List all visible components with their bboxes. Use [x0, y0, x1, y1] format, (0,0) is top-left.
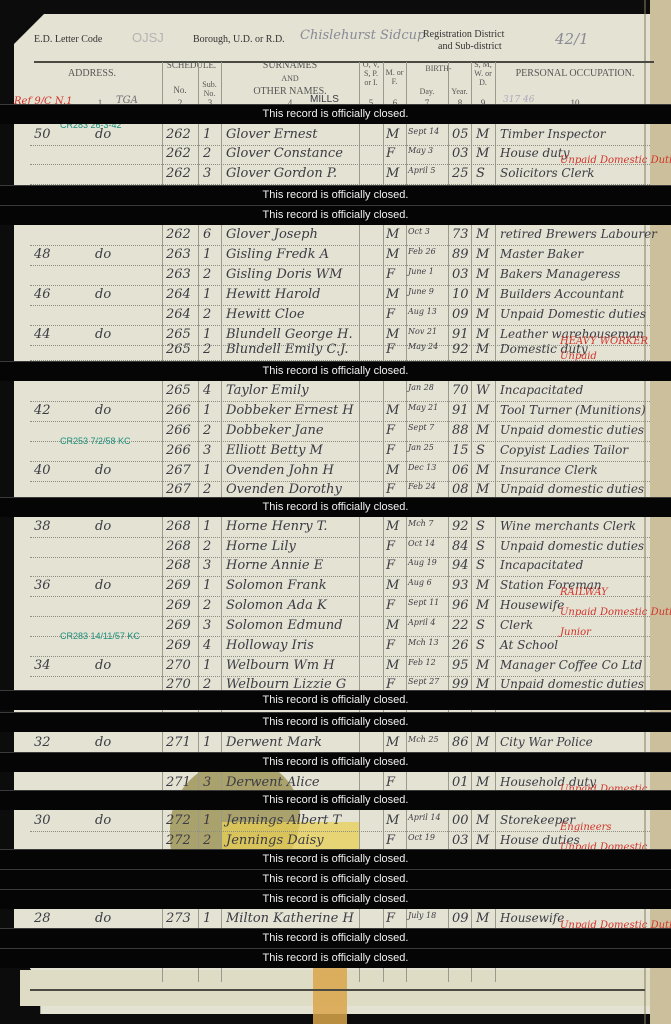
table-row: 2626Glover JosephMOct 373Mretired Brewer… — [0, 226, 671, 246]
col-ovspi: O, V, S, P. or I. — [360, 60, 382, 88]
row-name: Dobbeker Ernest H — [226, 403, 354, 418]
row-marital: M — [476, 227, 489, 242]
row-address: 44 — [34, 327, 51, 342]
row-birth-year: 01 — [452, 775, 469, 790]
row-address: 48 — [34, 247, 51, 262]
col-address: ADDRESS. — [22, 68, 162, 80]
row-birth-day: April 4 — [408, 618, 435, 627]
ed-letter-code-value: OJSJ — [132, 30, 164, 45]
row-occupation: Clerk — [500, 618, 533, 632]
row-schedule: 267 — [166, 482, 191, 497]
row-birth-day: Mch 13 — [408, 638, 439, 647]
row-sub: 1 — [203, 813, 211, 828]
row-marital: S — [476, 539, 485, 554]
row-occupation: Wine merchants Clerk — [500, 519, 636, 533]
row-sex: M — [386, 127, 399, 142]
row-closure-note: CR283 14/11/57 KC — [60, 631, 140, 641]
registration-label-1: Registration District — [423, 29, 504, 40]
row-name: Taylor Emily — [226, 383, 309, 398]
row-marital: M — [476, 813, 489, 828]
row-occupation: Copyist Ladies Tailor — [500, 443, 628, 457]
closed-record-bar: This record is officially closed. — [0, 104, 671, 124]
row-birth-day: May 21 — [408, 403, 438, 412]
row-sex: M — [386, 287, 399, 302]
row-birth-year: 92 — [452, 342, 469, 357]
row-birth-year: 22 — [452, 618, 469, 633]
row-address: 28 — [34, 911, 51, 926]
table-row: 38do2681Horne Henry T.MMch 792SWine merc… — [0, 518, 671, 538]
row-birth-year: 89 — [452, 247, 469, 262]
row-schedule: 264 — [166, 307, 191, 322]
row-name: Derwent Mark — [226, 735, 322, 750]
closed-record-bar: This record is officially closed. — [0, 790, 671, 810]
row-birth-year: 03 — [452, 146, 469, 161]
row-sub: 1 — [203, 735, 211, 750]
row-marital: S — [476, 166, 485, 181]
row-sub: 4 — [203, 638, 211, 653]
row-name: Horne Annie E — [226, 558, 323, 573]
row-birth-year: 26 — [452, 638, 469, 653]
row-occupation: Housewife — [500, 598, 564, 612]
row-marital: S — [476, 443, 485, 458]
table-row: 2682Horne LilyFOct 1484SUnpaid domestic … — [0, 538, 671, 558]
row-ditto: do — [95, 463, 111, 478]
row-occupation: Unpaid Domestic duties — [500, 307, 646, 321]
table-row: 36do2691Solomon FrankMAug 693MStation Fo… — [0, 577, 671, 597]
row-birth-day: Mch 7 — [408, 519, 433, 528]
row-sub: 1 — [203, 403, 211, 418]
table-row: 48do2631Gisling Fredk AMFeb 2689MMaster … — [0, 246, 671, 266]
row-birth-day: Aug 19 — [408, 558, 437, 567]
row-occupation: Timber Inspector — [500, 127, 605, 141]
row-name: Elliott Betty M — [226, 443, 323, 458]
row-name: Gisling Doris WM — [226, 267, 342, 282]
row-sub: 2 — [203, 482, 211, 497]
row-sub: 1 — [203, 911, 211, 926]
row-occupation: Unpaid domestic duties — [500, 423, 644, 437]
row-birth-year: 10 — [452, 287, 469, 302]
row-birth-year: 93 — [452, 578, 469, 593]
row-name: Derwent Alice — [226, 775, 320, 790]
row-schedule: 269 — [166, 638, 191, 653]
row-ditto: do — [95, 735, 111, 750]
row-occupation: City War Police — [500, 735, 593, 749]
row-sub: 3 — [203, 443, 211, 458]
row-birth-day: Mch 25 — [408, 735, 439, 744]
col-marital: S, M, W. or D. — [472, 60, 494, 88]
col-birth: BIRTH- — [406, 64, 471, 73]
row-marital: M — [476, 463, 489, 478]
row-sex: F — [386, 482, 395, 497]
row-name: Gisling Fredk A — [226, 247, 329, 262]
table-row: 2632Gisling Doris WMFJune 103MBakers Man… — [0, 266, 671, 286]
table-row: 2694Holloway IrisFMch 1326SAt SchoolCR28… — [0, 637, 671, 657]
row-schedule: 264 — [166, 287, 191, 302]
row-schedule: 263 — [166, 267, 191, 282]
row-birth-day: Nov 21 — [408, 327, 437, 336]
row-birth-day: May 3 — [408, 146, 433, 155]
row-marital: M — [476, 578, 489, 593]
row-birth-year: 95 — [452, 658, 469, 673]
row-sex: F — [386, 833, 395, 848]
row-address: 40 — [34, 463, 51, 478]
row-sex: M — [386, 327, 399, 342]
row-birth-day: Oct 3 — [408, 227, 430, 236]
row-schedule: 272 — [166, 813, 191, 828]
row-sex: M — [386, 247, 399, 262]
row-marital: M — [476, 833, 489, 848]
row-birth-year: 06 — [452, 463, 469, 478]
row-occupation: Unpaid domestic duties — [500, 539, 644, 553]
row-birth-day: Jan 28 — [408, 383, 434, 392]
row-sub: 1 — [203, 519, 211, 534]
row-sub: 1 — [203, 127, 211, 142]
row-sex: F — [386, 423, 395, 438]
row-sex: M — [386, 618, 399, 633]
row-sub: 1 — [203, 463, 211, 478]
row-marital: M — [476, 307, 489, 322]
row-marital: S — [476, 638, 485, 653]
row-birth-day: Oct 19 — [408, 833, 435, 842]
col-schedule-sub: Sub. No. — [198, 80, 221, 98]
row-sub: 2 — [203, 307, 211, 322]
row-schedule: 272 — [166, 833, 191, 848]
row-address: 42 — [34, 403, 51, 418]
row-occupation: At School — [500, 638, 558, 652]
closed-record-bar: This record is officially closed. — [0, 928, 671, 948]
table-row: 2683Horne Annie EFAug 1994SIncapacitated — [0, 557, 671, 577]
col-birth-day: Day. — [406, 87, 448, 96]
row-birth-day: Aug 13 — [408, 307, 437, 316]
row-sub: 3 — [203, 618, 211, 633]
row-schedule: 266 — [166, 423, 191, 438]
row-sex: M — [386, 463, 399, 478]
closed-record-bar: This record is officially closed. — [0, 849, 671, 869]
table-row: 30do2721Jennings Albert TMApril 1400MSto… — [0, 812, 671, 832]
row-sex: M — [386, 813, 399, 828]
row-schedule: 266 — [166, 403, 191, 418]
row-birth-day: Oct 14 — [408, 539, 435, 548]
table-row: 42do2661Dobbeker Ernest HMMay 2191MTool … — [0, 402, 671, 422]
row-occupation: Incapacitated — [500, 558, 583, 572]
row-occupation: Bakers Manageress — [500, 267, 620, 281]
row-name: Glover Joseph — [226, 227, 318, 242]
row-name: Ovenden Dorothy — [226, 482, 342, 497]
row-address: 30 — [34, 813, 51, 828]
row-schedule: 265 — [166, 327, 191, 342]
row-sex: M — [386, 735, 399, 750]
row-birth-day: Aug 6 — [408, 578, 432, 587]
row-occupation: Builders Accountant — [500, 287, 624, 301]
row-sub: 2 — [203, 598, 211, 613]
row-name: Glover Constance — [226, 146, 343, 161]
row-name: Milton Katherine H — [226, 911, 354, 926]
row-occupation: Unpaid domestic duties — [500, 677, 644, 691]
row-name: Ovenden John H — [226, 463, 334, 478]
row-schedule: 262 — [166, 227, 191, 242]
row-name: Jennings Daisy — [226, 833, 324, 848]
table-row: 32do2711Derwent MarkMMch 2586MCity War P… — [0, 734, 671, 754]
row-birth-day: Feb 26 — [408, 247, 436, 256]
row-sub: 2 — [203, 146, 211, 161]
row-schedule: 271 — [166, 735, 191, 750]
row-marital: M — [476, 911, 489, 926]
row-birth-year: 94 — [452, 558, 469, 573]
row-address: 34 — [34, 658, 51, 673]
registration-label-2: and Sub-district — [438, 41, 502, 52]
row-sex: F — [386, 638, 395, 653]
row-marital: M — [476, 127, 489, 142]
closed-record-bar: This record is officially closed. — [0, 497, 671, 517]
col-occupation: PERSONAL OCCUPATION. — [495, 68, 655, 80]
row-name: Jennings Albert T — [226, 813, 341, 828]
row-marital: M — [476, 247, 489, 262]
closed-record-bar: This record is officially closed. — [0, 205, 671, 225]
row-schedule: 262 — [166, 127, 191, 142]
row-marital: M — [476, 146, 489, 161]
row-occupation: retired Brewers Labourer — [500, 227, 657, 241]
row-name: Solomon Ada K — [226, 598, 327, 613]
row-ditto: do — [95, 403, 111, 418]
row-sex: F — [386, 443, 395, 458]
row-occupation: Solicitors Clerk — [500, 166, 595, 180]
row-birth-year: 08 — [452, 482, 469, 497]
repair-tape — [313, 968, 347, 1024]
borough-label: Borough, U.D. or R.D. — [193, 34, 285, 45]
row-occupation: Incapacitated — [500, 383, 583, 397]
row-name: Glover Gordon P. — [226, 166, 337, 181]
row-birth-day: Sept 11 — [408, 598, 439, 607]
row-marital: M — [476, 482, 489, 497]
row-birth-day: April 14 — [408, 813, 441, 822]
row-schedule: 269 — [166, 598, 191, 613]
row-marital: M — [476, 342, 489, 357]
row-marital: M — [476, 327, 489, 342]
row-ditto: do — [95, 658, 111, 673]
row-birth-year: 03 — [452, 833, 469, 848]
row-birth-year: 03 — [452, 267, 469, 282]
row-schedule: 262 — [166, 146, 191, 161]
row-sub: 1 — [203, 578, 211, 593]
row-birth-day: June 9 — [408, 287, 434, 296]
row-name: Blundell George H. — [226, 327, 353, 342]
table-row: 34do2701Welbourn Wm HMFeb 1295MManager C… — [0, 657, 671, 677]
row-occupation: Manager Coffee Co Ltd — [500, 658, 642, 672]
row-sex: F — [386, 267, 395, 282]
row-marital: W — [476, 383, 489, 398]
row-occupation: Housewife — [500, 911, 564, 925]
row-sub: 2 — [203, 267, 211, 282]
row-ditto: do — [95, 578, 111, 593]
row-birth-day: Feb 24 — [408, 482, 436, 491]
row-birth-day: May 24 — [408, 342, 438, 351]
row-birth-year: 86 — [452, 735, 469, 750]
row-sub: 1 — [203, 287, 211, 302]
row-marital: S — [476, 618, 485, 633]
row-address: 46 — [34, 287, 51, 302]
row-birth-day: June 1 — [408, 267, 434, 276]
table-row: 50do2621Glover ErnestMSept 1405MTimber I… — [0, 126, 671, 146]
row-schedule: 268 — [166, 558, 191, 573]
row-address: 38 — [34, 519, 51, 534]
row-sub: 2 — [203, 539, 211, 554]
ed-letter-code-label: E.D. Letter Code — [34, 34, 102, 45]
closed-record-bar: This record is officially closed. — [0, 690, 671, 710]
row-name: Solomon Frank — [226, 578, 327, 593]
table-row: 40do2671Ovenden John HMDec 1306MInsuranc… — [0, 462, 671, 482]
row-birth-year: 25 — [452, 166, 469, 181]
row-birth-year: 88 — [452, 423, 469, 438]
row-sex: M — [386, 519, 399, 534]
row-sub: 2 — [203, 833, 211, 848]
row-sex: F — [386, 342, 395, 357]
row-sub: 6 — [203, 227, 211, 242]
row-schedule: 270 — [166, 658, 191, 673]
row-name: Glover Ernest — [226, 127, 317, 142]
col-birth-year: Year. — [448, 87, 471, 96]
row-marital: S — [476, 519, 485, 534]
row-marital: M — [476, 267, 489, 282]
table-row: 2654Taylor EmilyJan 2870WIncapacitated — [0, 382, 671, 402]
row-name: Welbourn Wm H — [226, 658, 335, 673]
col-schedule-no: No. — [162, 85, 198, 95]
row-sex: M — [386, 166, 399, 181]
closed-record-bar: This record is officially closed. — [0, 185, 671, 205]
row-marital: M — [476, 403, 489, 418]
row-marital: M — [476, 775, 489, 790]
row-sex: F — [386, 911, 395, 926]
row-sex: F — [386, 539, 395, 554]
row-sub: 1 — [203, 327, 211, 342]
table-row: 2642Hewitt CloeFAug 1309MUnpaid Domestic… — [0, 306, 671, 326]
row-closure-note: CR253 7/2/58 KC — [60, 436, 131, 446]
row-birth-day: Jan 25 — [408, 443, 434, 452]
row-sub: 2 — [203, 342, 211, 357]
row-sub: 3 — [203, 775, 211, 790]
row-schedule: 262 — [166, 166, 191, 181]
row-marital: M — [476, 658, 489, 673]
row-marital: M — [476, 735, 489, 750]
col-names-2: AND — [221, 74, 359, 83]
row-birth-year: 96 — [452, 598, 469, 613]
row-address: 50 — [34, 127, 51, 142]
row-birth-day: Sept 7 — [408, 423, 434, 432]
row-sex: F — [386, 307, 395, 322]
col-schedule: SCHEDULE. — [162, 60, 221, 70]
closed-record-bar: This record is officially closed. — [0, 889, 671, 909]
row-name: Dobbeker Jane — [226, 423, 324, 438]
row-schedule: 269 — [166, 618, 191, 633]
row-birth-year: 15 — [452, 443, 469, 458]
row-schedule: 265 — [166, 342, 191, 357]
row-ditto: do — [95, 813, 111, 828]
row-occupation: Unpaid domestic duties — [500, 482, 644, 496]
row-address: 32 — [34, 735, 51, 750]
row-sub: 3 — [203, 558, 211, 573]
row-marital: M — [476, 287, 489, 302]
row-birth-year: 00 — [452, 813, 469, 828]
row-name: Horne Henry T. — [226, 519, 328, 534]
row-schedule: 269 — [166, 578, 191, 593]
row-birth-year: 91 — [452, 403, 469, 418]
row-name: Solomon Edmund — [226, 618, 343, 633]
row-ditto: do — [95, 247, 111, 262]
borough-value: Chislehurst Sidcup — [300, 28, 425, 43]
closed-record-bar: This record is officially closed. — [0, 948, 671, 968]
row-sub: 1 — [203, 658, 211, 673]
row-marital: M — [476, 423, 489, 438]
table-row: 2692Solomon Ada KFSept 1196MHousewifeUnp… — [0, 597, 671, 617]
row-sex: M — [386, 578, 399, 593]
row-name: Horne Lily — [226, 539, 296, 554]
row-ditto: do — [95, 327, 111, 342]
row-sex: F — [386, 598, 395, 613]
row-occupation: Master Baker — [500, 247, 583, 261]
closed-record-bar: This record is officially closed. — [0, 712, 671, 732]
table-row: 2623Glover Gordon P.MApril 525SSolicitor… — [0, 165, 671, 185]
row-sub: 3 — [203, 166, 211, 181]
row-sex: M — [386, 403, 399, 418]
row-birth-year: 92 — [452, 519, 469, 534]
row-schedule: 266 — [166, 443, 191, 458]
row-ditto: do — [95, 287, 111, 302]
closed-record-bar: This record is officially closed. — [0, 869, 671, 889]
table-row: 28do2731Milton Katherine HFJuly 1809MHou… — [0, 910, 671, 930]
row-occupation: Insurance Clerk — [500, 463, 598, 477]
row-sub: 4 — [203, 383, 211, 398]
row-birth-year: 09 — [452, 307, 469, 322]
row-sub: 2 — [203, 423, 211, 438]
row-name: Blundell Emily C.J. — [226, 342, 348, 357]
col-names-1: SURNAMES — [221, 60, 359, 72]
row-name: Hewitt Harold — [226, 287, 321, 302]
row-sex: F — [386, 775, 395, 790]
closed-record-bar: This record is officially closed. — [0, 752, 671, 772]
row-schedule: 267 — [166, 463, 191, 478]
row-birth-day: April 5 — [408, 166, 435, 175]
row-schedule: 263 — [166, 247, 191, 262]
closed-record-bar: This record is officially closed. — [0, 361, 671, 381]
row-marital: S — [476, 558, 485, 573]
row-schedule: 271 — [166, 775, 191, 790]
row-sex: M — [386, 658, 399, 673]
row-address: 36 — [34, 578, 51, 593]
row-birth-year: 84 — [452, 539, 469, 554]
row-ditto: do — [95, 519, 111, 534]
row-name: Hewitt Cloe — [226, 307, 305, 322]
row-schedule: 268 — [166, 539, 191, 554]
row-marital: M — [476, 598, 489, 613]
table-row: 2622Glover ConstanceFMay 303MHouse dutyU… — [0, 145, 671, 165]
col-sex: M. or F. — [383, 68, 406, 86]
row-birth-year: 73 — [452, 227, 469, 242]
table-row: 2663Elliott Betty MFJan 2515SCopyist Lad… — [0, 442, 671, 462]
row-birth-year: 91 — [452, 327, 469, 342]
table-row: 46do2641Hewitt HaroldMJune 910MBuilders … — [0, 286, 671, 306]
row-birth-year: 70 — [452, 383, 469, 398]
row-birth-day: Feb 12 — [408, 658, 436, 667]
row-schedule: 268 — [166, 519, 191, 534]
row-birth-year: 05 — [452, 127, 469, 142]
row-schedule: 273 — [166, 911, 191, 926]
row-schedule: 265 — [166, 383, 191, 398]
row-occupation: Tool Turner (Munitions) — [500, 403, 646, 417]
row-sex: M — [386, 227, 399, 242]
table-row: 2652Blundell Emily C.J.FMay 2492MDomesti… — [0, 341, 671, 361]
row-sex: F — [386, 146, 395, 161]
row-sex: F — [386, 558, 395, 573]
registration-value: 42/1 — [555, 30, 589, 48]
